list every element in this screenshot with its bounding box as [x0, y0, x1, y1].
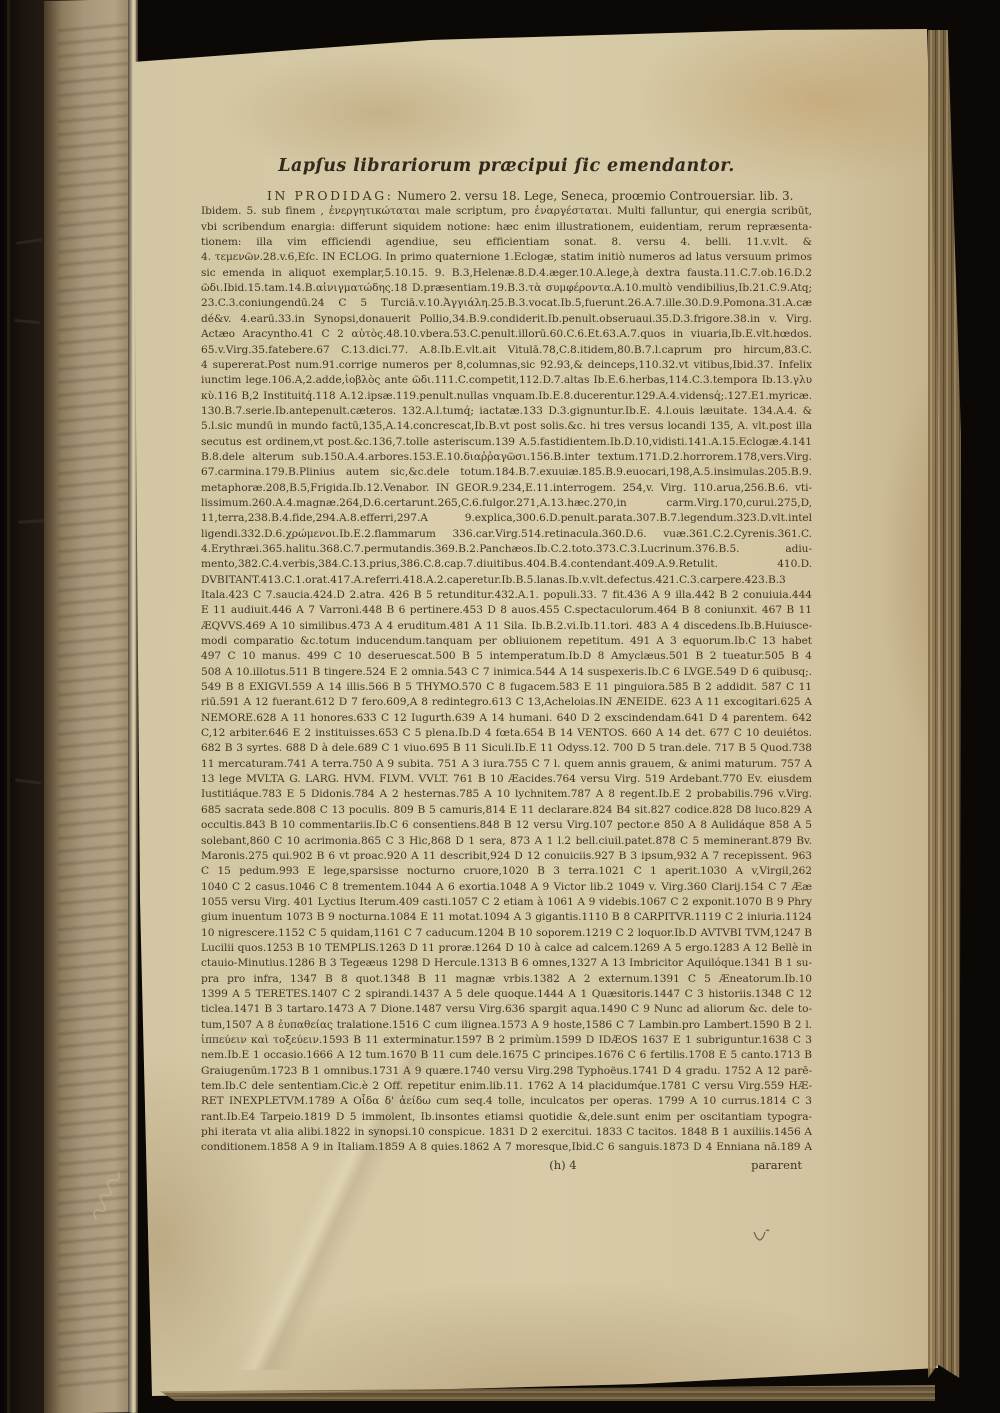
body-line: conditionem.1858 A 9 in Italiam.1859 A 8…: [201, 1140, 812, 1155]
body-line: sic emenda in aliquot exemplar,5.10.15. …: [201, 266, 812, 281]
body-line: 508 A 10.illotus.511 B tingere.524 E 2 o…: [201, 665, 812, 680]
body-line: 11 mercaturam.741 A terra.750 A 9 subita…: [201, 757, 812, 772]
book-page: Lapſus librariorum præcipui ſic emendant…: [0, 0, 1000, 1413]
body-line: DVBITANT.413.C.1.orat.417.A.referri.418.…: [201, 573, 812, 588]
body-line: Maronis.275 qui.902 B 6 vt proac.920 A 1…: [201, 849, 812, 864]
body-line: pra pro infra, 1347 B 8 quot.1348 B 11 m…: [201, 972, 812, 987]
body-lines: Ibidem. 5. sub finem , ἐνεργητικώταται m…: [201, 204, 812, 1155]
body-line: ῶδι.Ibid.15.tam.14.B.αἰνιγματώδης.18 D.p…: [201, 281, 812, 296]
body-line: vbi scribendum enargia: differunt siquid…: [201, 220, 812, 235]
ink-mark: [752, 1228, 774, 1244]
body-line: ἱππεύειν καὶ τοξεύειν.1593 B 11 extermin…: [201, 1033, 812, 1048]
body-line: B.8.dele alterum sub.150.A.4.arbores.153…: [201, 450, 812, 465]
body-line: C,12 arbiter.646 E 2 instituisses.653 C …: [201, 726, 812, 741]
body-line: 1040 C 2 casus.1046 C 8 trementem.1044 A…: [201, 880, 812, 895]
body-line: Itala.423 C 7.saucia.424.D 2.atra. 426 B…: [201, 588, 812, 603]
body-line: κὺ.116 B,2 Instituitq́.118 A.12.ipsæ.119…: [201, 389, 812, 404]
body-line: C 15 pedum.993 E lege,sparsisse nocturno…: [201, 864, 812, 879]
body-line: Actæo Aracyntho.41 C 2 αὐτὸς.48.10.vbera…: [201, 327, 812, 342]
body-line: dé&v. 4.earū.33.in Synopsi,donauerit Pol…: [201, 312, 812, 327]
body-line: metaphoræ.208,B.5,Frigida.Ib.12.Venabor.…: [201, 481, 812, 496]
body-line: ctauio-Minutius.1286 B 3 Tegeæus 1298 D …: [201, 956, 812, 971]
body-line: 682 B 3 syrtes. 688 D à dele.689 C 1 viu…: [201, 741, 812, 756]
body-line: ligendi.332.D.6.χρώμενοι.Ib.E.2.flammaru…: [201, 527, 812, 542]
body-line: Iustitiáque.783 E 5 Didonis.784 A 2 hest…: [201, 787, 812, 802]
body-line: 549 B 8 EXIGVI.559 A 14 illis.566 B 5 TH…: [201, 680, 812, 695]
signature-line: (h) 4 pararent: [201, 1158, 812, 1176]
body-line: Lucilii quos.1253 B 10 TEMPLIS.1263 D 11…: [201, 941, 812, 956]
body-line: occultis.843 B 10 commentariis.Ib.C 6 co…: [201, 818, 812, 833]
body-line: gium inuentum 1073 B 9 nocturna.1084 E 1…: [201, 910, 812, 925]
body-line: 23.C.3.coniungendū.24 C 5 Turciā.v.10.Ἀγ…: [201, 296, 812, 311]
handwritten-marginalia: [18, 519, 44, 524]
body-line: 5.l.sic mundū in mundo factū,135,A.14.co…: [201, 419, 812, 434]
page-title: Lapſus librariorum præcipui ſic emendant…: [201, 156, 812, 176]
body-line: NEMORE.628 A 11 honores.633 C 12 Iugurth…: [201, 711, 812, 726]
handwritten-marginalia: [15, 778, 41, 784]
heading-line: IN PRODIDAG: Numero 2. versu 18. Lege, S…: [201, 188, 812, 204]
body-line: Ibidem. 5. sub finem , ἐνεργητικώταται m…: [201, 204, 812, 219]
heading-lead: IN PRODIDAG:: [267, 188, 393, 203]
body-line: 4.Erythræi.365.halitu.368.C.7.permutandi…: [201, 542, 812, 557]
body-line: 11,terra,238.B.4.fide,294.A.8.efferri,29…: [201, 511, 812, 526]
body-line: 497 C 10 manus. 499 C 10 deseruescat.500…: [201, 649, 812, 664]
handwritten-marginalia: [14, 319, 40, 324]
body-line: 65.v.Virg.35.fatebere.67 C.13.dici.77. A…: [201, 343, 812, 358]
body-line: secutus est ordinem,vt post.&c.136,7.tol…: [201, 435, 812, 450]
body-line: rant.Ib.E4 Tarpeio.1819 D 5 immolent, Ib…: [201, 1110, 812, 1125]
handwritten-marginalia: [16, 238, 42, 245]
gathering-signature: (h) 4: [549, 1158, 576, 1172]
body-line: 1399 A 5 TERETES.1407 C 2 spirandi.1437 …: [201, 987, 812, 1002]
body-line: 4. τεμενῶν.28.v.6,Eſc. IN ECLOG. In prim…: [201, 250, 812, 265]
body-line: Graiugenūm.1723 B 1 omnibus.1731 A 9 quæ…: [201, 1064, 812, 1079]
body-line: modi comparatio &c.totum inducendum.tanq…: [201, 634, 812, 649]
body-line: 67.carmina.179.B.Plinius autem sic,&c.de…: [201, 465, 812, 480]
body-line: E 11 audiuit.446 A 7 Varroni.448 B 6 per…: [201, 603, 812, 618]
body-line: 130.B.7.serie.Ib.antepenult.cæteros. 132…: [201, 404, 812, 419]
body-line: 4 supererat.Post num.91.corrige numeros …: [201, 358, 812, 373]
body-line: tum,1507 A 8 ἐυπαθείας tralatione.1516 C…: [201, 1018, 812, 1033]
body-line: 13 lege MVLTA G. LARG. HVM. FLVM. VVLT. …: [201, 772, 812, 787]
body-line: 10 nigrescere.1152 C 5 quidam,1161 C 7 c…: [201, 926, 812, 941]
body-line: nem.Ib.E 1 occasio.1666 A 12 tum.1670 B …: [201, 1048, 812, 1063]
body-line: iunctim lege.106.A,2.adde,ἰοβλὸς ante ῶδ…: [201, 373, 812, 388]
body-line: 1055 versu Virg. 401 Lyctius Iterum.409 …: [201, 895, 812, 910]
body-line: solebant,860 C 10 acrimonia.865 C 3 Hic,…: [201, 834, 812, 849]
body-line: ticlea.1471 B 3 tartaro.1473 A 7 Dione.1…: [201, 1002, 812, 1017]
spine-edge: [7, 0, 10, 1413]
body-line: riū.591 A 12 fuerant.612 D 7 fero.609,A …: [201, 695, 812, 710]
body-line: 685 sacrata sede.808 C 13 poculis. 809 B…: [201, 803, 812, 818]
body-line: RET INEXPLETVM.1789 A Οἶδα δ' ἀείδω cum …: [201, 1094, 812, 1109]
book-scan: Lapſus librariorum præcipui ſic emendant…: [0, 0, 1000, 1413]
body-line: tionem: illa vim efficiendi agendiue, se…: [201, 235, 812, 250]
page-stack-fore-edge: [928, 30, 961, 1378]
body-line: mento,382.C.4.verbis,384.C.13.prius,386.…: [201, 557, 812, 572]
page-content: Lapſus librariorum præcipui ſic emendant…: [201, 156, 812, 1176]
catchword: pararent: [751, 1158, 802, 1172]
heading-rest: Numero 2. versu 18. Lege, Seneca, proœmi…: [397, 189, 793, 203]
body-line: phi iterata vt alia alibi.1822 in synops…: [201, 1125, 812, 1140]
body-line: tem.Ib.C dele sententiam.Cic.è 2 Off. re…: [201, 1079, 812, 1094]
body-line: lissimum.260.A.4.magnæ.264,D.6.certarunt…: [201, 496, 812, 511]
body-line: ÆQVVS.469 A 10 similibus.473 A 4 eruditu…: [201, 619, 812, 634]
